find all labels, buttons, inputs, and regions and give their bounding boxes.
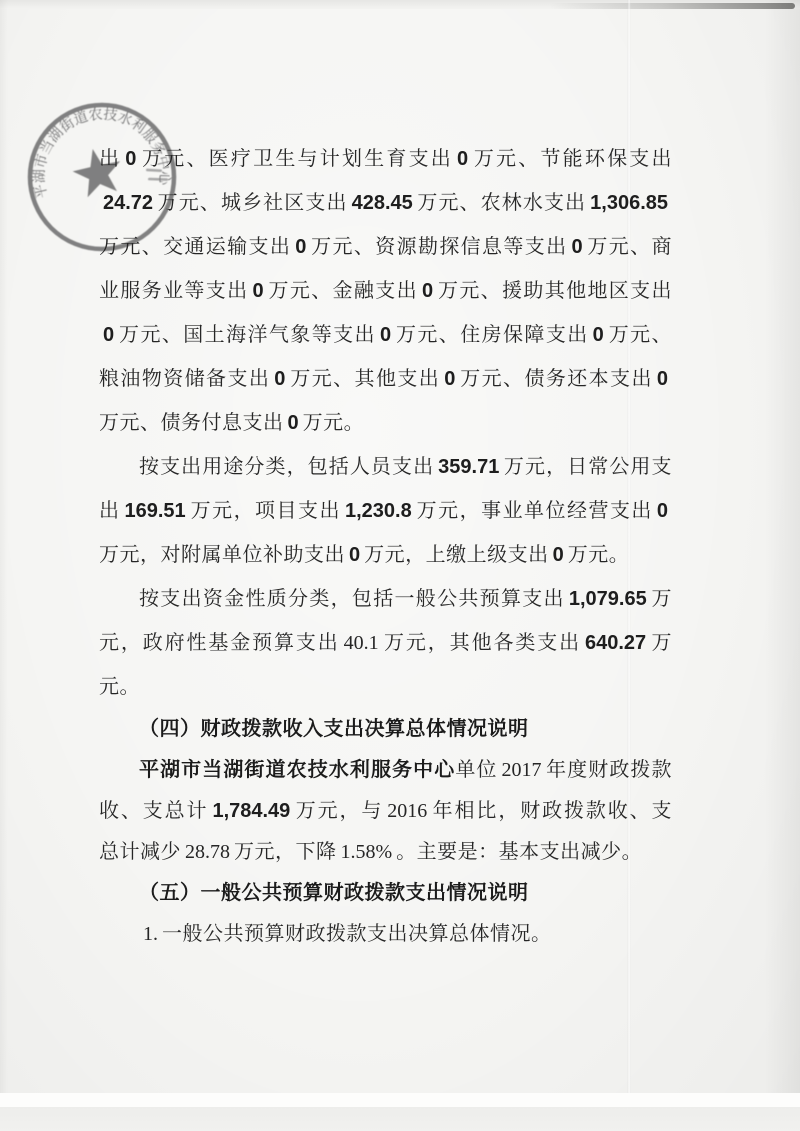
scan-right-edge-shade	[764, 0, 800, 1131]
text-run: 万元，对附属单位补助支出	[99, 544, 345, 566]
text-run: 万元、其他支出	[289, 368, 440, 390]
numeric-value: 169.51	[124, 500, 185, 522]
text-line-12: 元，政府性基金预算支出40.1万元，其他各类支出640.27万	[99, 621, 672, 665]
scan-bottom-band	[0, 1107, 800, 1131]
numeric-value: 1,306.85	[590, 192, 668, 214]
text-run: 万元、金融支出	[268, 280, 418, 302]
numeric-value: 1,079.65	[569, 588, 647, 610]
numeric-value: 0	[571, 236, 582, 258]
text-run: 年度财政拨款	[546, 759, 673, 781]
text-run: 收、支总计	[99, 800, 208, 822]
text-run: 万	[651, 588, 672, 610]
text-run: 万元、债务付息支出	[99, 412, 284, 434]
scan-left-edge-shade	[0, 0, 8, 1131]
text-run: 万元、	[608, 324, 672, 346]
numeric-value: 0	[422, 280, 433, 302]
text-run: 万元、住房保障支出	[395, 324, 589, 346]
text-run: 万元、城乡社区支出	[157, 192, 348, 214]
text-line-3: 万元、交通运输支出0万元、资源勘探信息等支出0万元、商	[99, 225, 672, 269]
text-run: 总计减少	[99, 841, 181, 863]
numeric-value: 428.45	[352, 192, 413, 214]
numeric-value: 1,784.49	[212, 800, 290, 822]
text-run: 万元，事业单位经营支出	[416, 500, 653, 522]
text-line-4: 业服务业等支出0万元、金融支出0万元、援助其他地区支出	[99, 269, 672, 313]
numeric-value: 24.72	[103, 192, 153, 214]
text-line-16: 收、支总计1,784.49万元，与2016年相比，财政拨款收、支	[99, 791, 672, 832]
text-run: 按支出用途分类，包括人员支出	[139, 456, 434, 478]
text-line-6: 粮油物资储备支出0万元、其他支出0万元、债务还本支出0	[99, 357, 672, 401]
numeric-value: 0	[253, 280, 264, 302]
scanned-document-page: 平湖市当湖街道农技水利服务中心 出0万元、医疗卫生与计划生育支出0万元、节能环保…	[0, 0, 800, 1131]
text-run: 万元、商	[587, 236, 672, 258]
text-run: 万元。	[568, 544, 630, 566]
scan-bottom-edge	[0, 1093, 800, 1107]
text-run: 。主要是：基本支出减少。	[396, 841, 642, 863]
text-run: 万元，其他各类支出	[383, 632, 581, 654]
text-run: 一般公共预算财政拨款支出决算总体情况。	[162, 923, 552, 945]
text-run: 万元、援助其他地区支出	[437, 280, 672, 302]
numeric-value: 1.58%	[341, 841, 393, 863]
text-line-13: 元。	[99, 665, 672, 709]
text-run: 业服务业等支出	[99, 280, 249, 302]
text-run: 万元，日常公用支	[503, 456, 672, 478]
scan-top-right-streak	[550, 3, 795, 9]
numeric-value: 0	[274, 368, 285, 390]
text-run: 年相比，财政拨款收、支	[431, 800, 672, 822]
text-line-5: 0万元、国土海洋气象等支出0万元、住房保障支出0万元、	[99, 313, 672, 357]
text-line-8: 按支出用途分类，包括人员支出359.71万元，日常公用支	[99, 445, 672, 489]
numeric-value: 0	[288, 412, 299, 434]
numeric-value: 0	[349, 544, 360, 566]
numeric-value: 359.71	[438, 456, 499, 478]
text-line-11: 按支出资金性质分类，包括一般公共预算支出1,079.65万	[99, 577, 672, 621]
text-run: 按支出资金性质分类，包括一般公共预算支出	[139, 588, 565, 610]
numeric-value: 0	[593, 324, 604, 346]
text-run: 万元、交通运输支出	[99, 236, 291, 258]
text-run: 万元，与	[294, 800, 383, 822]
numeric-value: 0	[457, 148, 468, 170]
text-run: 元，政府性基金预算支出	[99, 632, 340, 654]
text-run: 粮油物资储备支出	[99, 368, 270, 390]
text-run: 万元，上缴上级支出	[364, 544, 549, 566]
text-run: （四）财政拨款收入支出决算总体情况说明	[139, 718, 529, 740]
numeric-value: 2016	[387, 800, 427, 822]
numeric-value: 1.	[143, 923, 158, 945]
text-run: 万元、医疗卫生与计划生育支出	[140, 148, 453, 170]
text-line-17: 总计减少28.78万元，下降1.58%。主要是：基本支出减少。	[99, 832, 672, 873]
text-run: 万元、债务还本支出	[459, 368, 653, 390]
document-text-block: 出0万元、医疗卫生与计划生育支出0万元、节能环保支出24.72万元、城乡社区支出…	[99, 137, 672, 955]
text-run: 万元，下降	[234, 841, 337, 863]
text-run: （五）一般公共预算财政拨款支出情况说明	[139, 882, 529, 904]
text-line-9: 出169.51万元，项目支出1,230.8万元，事业单位经营支出0	[99, 489, 672, 533]
numeric-value: 0	[295, 236, 306, 258]
numeric-value: 0	[380, 324, 391, 346]
text-line-18: （五）一般公共预算财政拨款支出情况说明	[99, 873, 672, 914]
text-line-1: 出0万元、医疗卫生与计划生育支出0万元、节能环保支出	[99, 137, 672, 181]
text-run: 万元、节能环保支出	[472, 148, 672, 170]
text-line-19: 1.一般公共预算财政拨款支出决算总体情况。	[99, 914, 672, 955]
text-run: 万	[650, 632, 672, 654]
text-run: 万元。	[303, 412, 365, 434]
text-run: 出	[99, 500, 120, 522]
numeric-value: 640.27	[585, 632, 646, 654]
text-run: 平湖市当湖街道农技水利服务中心	[139, 759, 455, 781]
text-line-15: 平湖市当湖街道农技水利服务中心单位2017年度财政拨款	[99, 750, 672, 791]
text-run: 元。	[99, 676, 140, 698]
numeric-value: 0	[125, 148, 136, 170]
text-run: 单位	[455, 759, 497, 781]
text-run: 万元、农林水支出	[417, 192, 586, 214]
numeric-value: 0	[657, 368, 668, 390]
numeric-value: 40.1	[344, 632, 379, 654]
text-run: 万元、国土海洋气象等支出	[118, 324, 376, 346]
text-line-10: 万元，对附属单位补助支出0万元，上缴上级支出0万元。	[99, 533, 672, 577]
text-line-2: 24.72万元、城乡社区支出428.45万元、农林水支出1,306.85	[99, 181, 672, 225]
numeric-value: 0	[103, 324, 114, 346]
numeric-value: 0	[444, 368, 455, 390]
numeric-value: 1,230.8	[345, 500, 412, 522]
numeric-value: 28.78	[185, 841, 230, 863]
text-line-14: （四）财政拨款收入支出决算总体情况说明	[99, 709, 672, 750]
numeric-value: 0	[657, 500, 668, 522]
text-run: 万元，项目支出	[190, 500, 341, 522]
text-run: 出	[99, 148, 121, 170]
numeric-value: 0	[553, 544, 564, 566]
text-run: 万元、资源勘探信息等支出	[310, 236, 567, 258]
numeric-value: 2017	[502, 759, 542, 781]
text-line-7: 万元、债务付息支出0万元。	[99, 401, 672, 445]
